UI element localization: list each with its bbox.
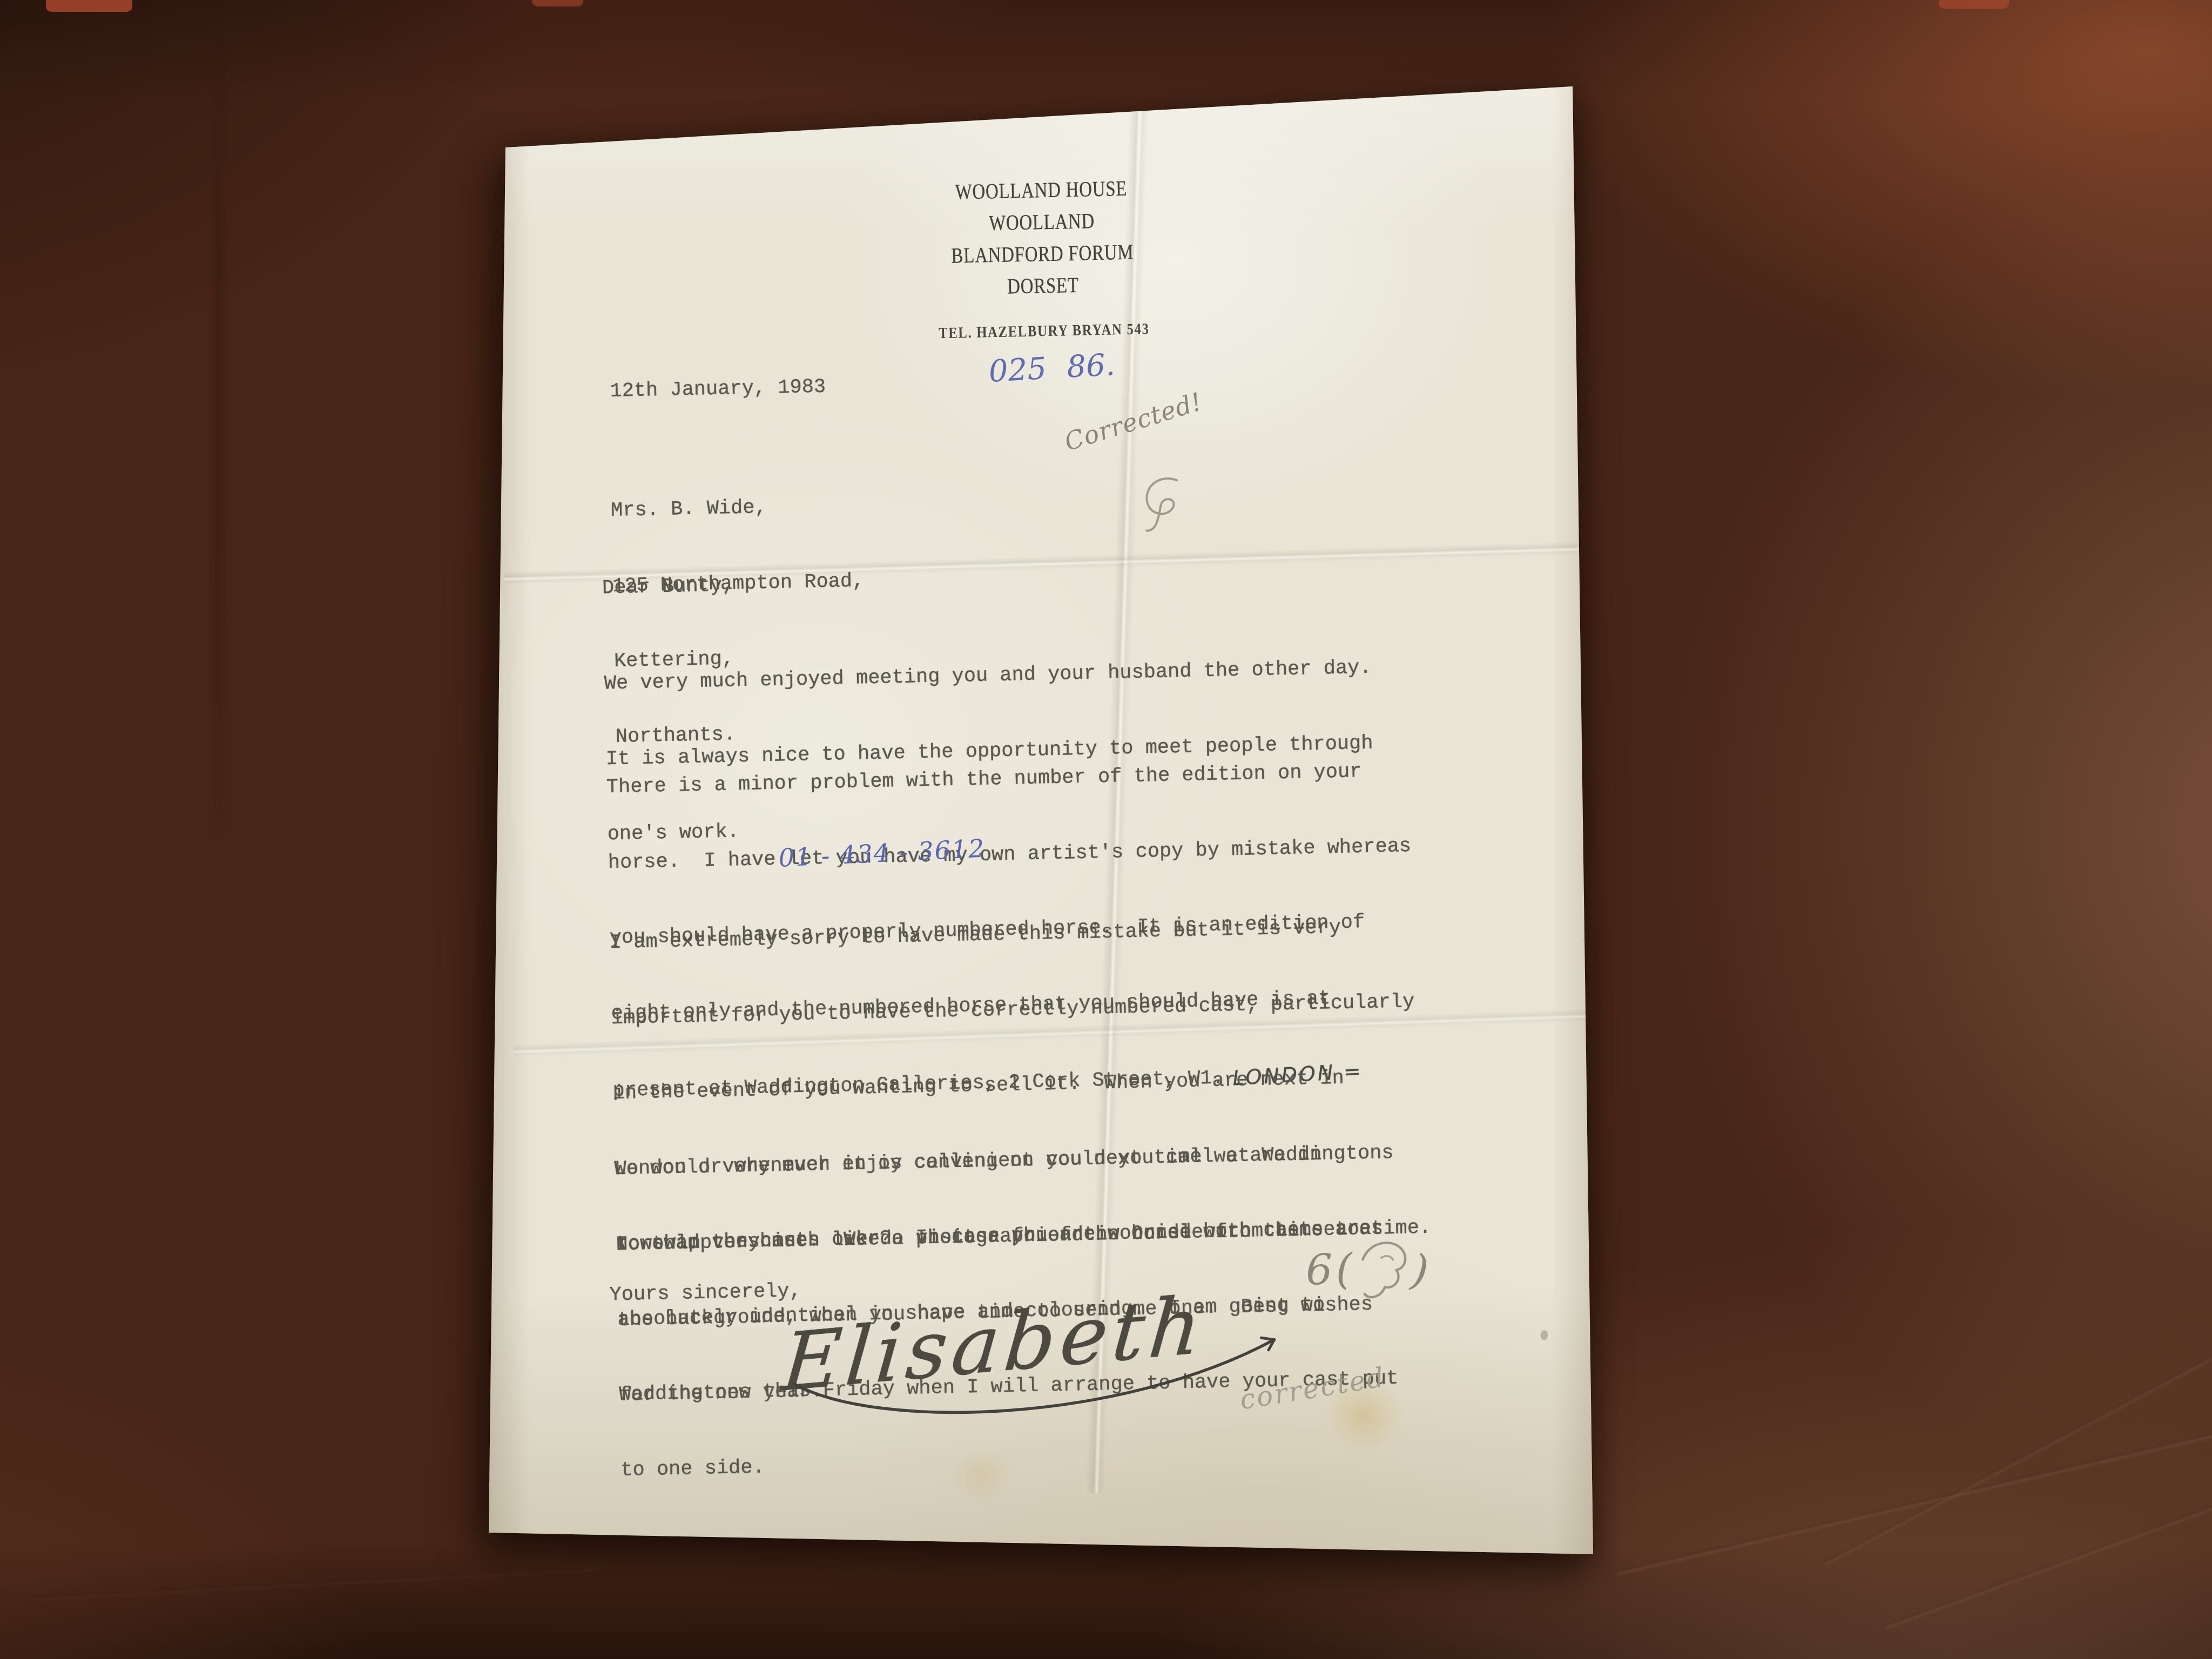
leather-crease xyxy=(1617,1432,2212,1575)
typed-line: important for you to have the correctly … xyxy=(611,989,1414,1031)
annotation-corrected-top: Corrected! xyxy=(1061,387,1206,457)
letter-date: 12th January, 1983 xyxy=(610,375,826,404)
signature-flourish-underline xyxy=(768,1319,1300,1462)
leather-table-background: WOOLLAND HOUSE WOOLLAND BLANDFORD FORUM … xyxy=(0,0,2212,1659)
typed-line: I am extremely sorry to have made this m… xyxy=(609,914,1413,956)
leather-crease xyxy=(1824,1354,2212,1565)
letter-paper-wrap: WOOLLAND HOUSE WOOLLAND BLANDFORD FORUM … xyxy=(486,84,1596,1555)
leather-crease xyxy=(1885,1496,2212,1628)
salutation: Dear Bunty, xyxy=(602,573,734,601)
typed-line: There is a minor problem with the number… xyxy=(606,758,1410,800)
leather-edge-red-sliver xyxy=(46,0,132,12)
letter-content: WOOLLAND HOUSE WOOLLAND BLANDFORD FORUM … xyxy=(505,125,1603,1535)
leather-crease xyxy=(216,32,221,842)
paper-speck xyxy=(1540,1330,1548,1340)
typed-line: We very much enjoyed meeting you and you… xyxy=(604,656,1372,697)
leather-edge-red-sliver xyxy=(532,0,583,6)
horse-head-doodle xyxy=(1355,1236,1416,1314)
typed-line: I would very much like a photograph of t… xyxy=(616,1216,1384,1257)
leather-edge-red-sliver xyxy=(1939,0,2009,9)
leather-crease xyxy=(33,1568,599,1600)
pencil-squiggle-doodle xyxy=(1139,474,1191,539)
annotation-edition-mark: 6( ) xyxy=(1305,1236,1429,1316)
closing: Yours sincerely, xyxy=(609,1279,801,1308)
letter-paper: WOOLLAND HOUSE WOOLLAND BLANDFORD FORUM … xyxy=(486,84,1596,1555)
recipient-line: Mrs. B. Wide, xyxy=(611,493,863,523)
edition-mark-open: 6( xyxy=(1305,1237,1357,1303)
letterhead: WOOLLAND HOUSE WOOLLAND BLANDFORD FORUM … xyxy=(506,163,1580,398)
